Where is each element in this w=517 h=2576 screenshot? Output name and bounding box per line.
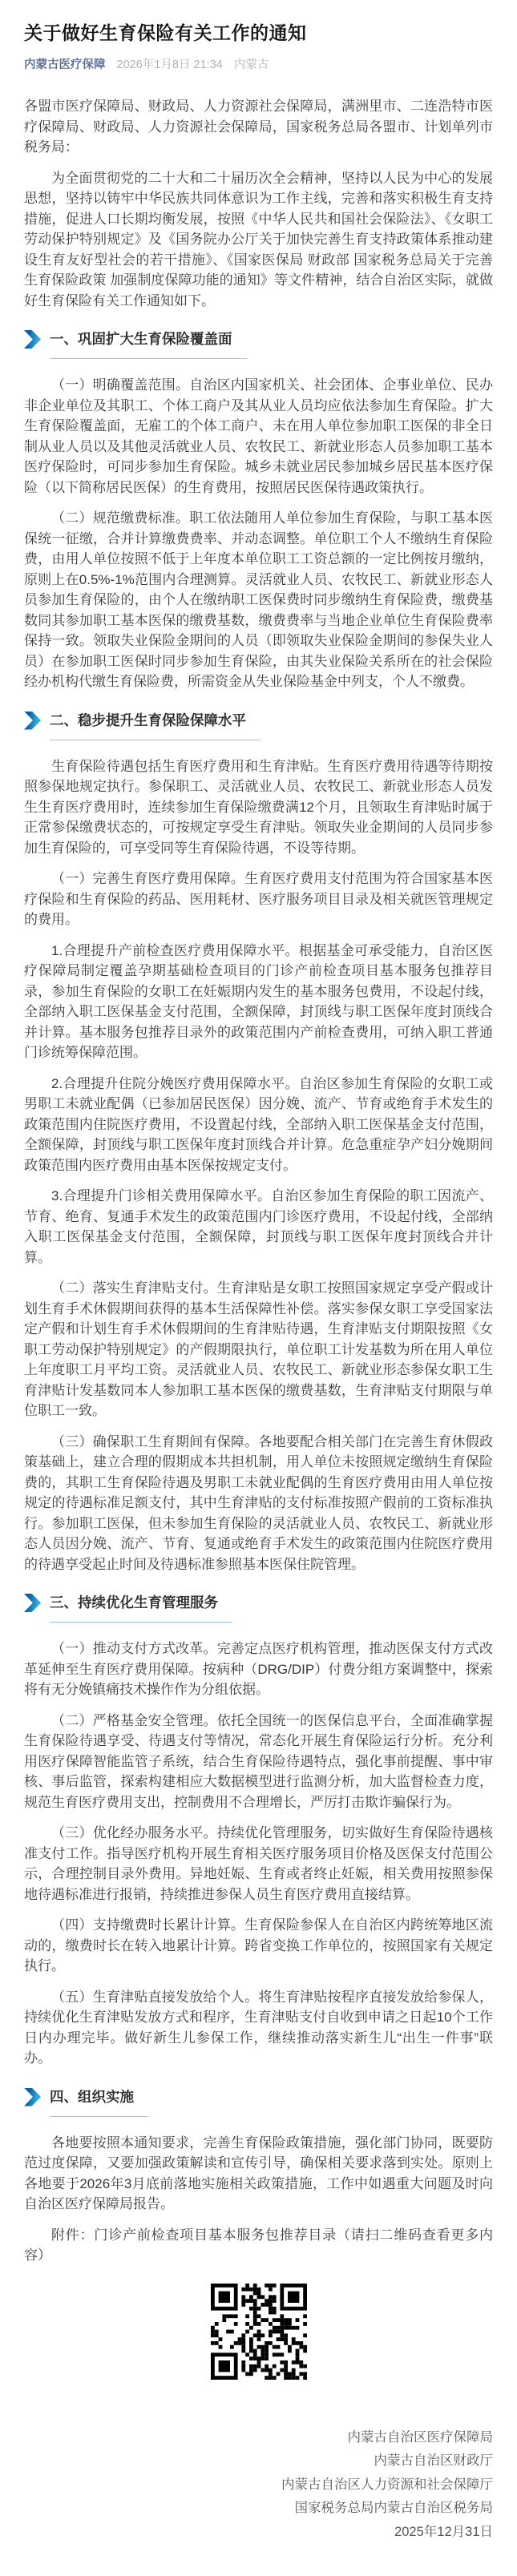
publish-location: 内蒙古 [234, 55, 269, 72]
paragraph: 生育保险待遇包括生育医疗费用和生育津贴。生育医疗费用待遇等待期按照参保地规定执行… [24, 756, 493, 859]
signature-line: 国家税务总局内蒙古自治区税务局 [24, 2497, 493, 2521]
article-body: 各盟市医疗保障局、财政局、人力资源社会保障局，满洲里市、二连浩特市医疗保障局、财… [24, 96, 493, 2544]
section-heading-2: 二、稳步提升生育保险保障水平 [24, 712, 493, 740]
paragraph: （二）规范缴费标准。职工依法随用人单位参加生育保险，与职工基本医保统一征缴，合并… [24, 508, 493, 692]
signature-line: 内蒙古自治区人力资源和社会保障厅 [24, 2473, 493, 2497]
article-page: 关于做好生育保险有关工作的通知 内蒙古医疗保障 2026年1月8日 21:34 … [0, 0, 517, 2576]
section-title: 二、稳步提升生育保险保障水平 [50, 712, 261, 740]
section-heading-1: 一、巩固扩大生育保险覆盖面 [24, 330, 493, 359]
signature-block: 内蒙古自治区医疗保障局 内蒙古自治区财政厅 内蒙古自治区人力资源和社会保障厅 国… [24, 2426, 493, 2545]
qr-code-container [24, 2284, 493, 2380]
paragraph: （一）明确覆盖范围。自治区内国家机关、社会团体、企事业单位、民办非企业单位及其职… [24, 375, 493, 498]
signature-line: 内蒙古自治区财政厅 [24, 2449, 493, 2473]
chevron-right-icon [24, 1594, 41, 1612]
byline: 内蒙古医疗保障 2026年1月8日 21:34 内蒙古 [24, 55, 493, 72]
paragraph: （四）支持缴费时长累计计算。生育保险参保人在自治区内跨统筹地区流动的，缴费时长在… [24, 1915, 493, 1977]
paragraph: （二）落实生育津贴支付。生育津贴是女职工按照国家规定享受产假或计划生育手术休假期… [24, 1278, 493, 1421]
publish-time: 2026年1月8日 21:34 [117, 55, 223, 72]
signature-date: 2025年12月31日 [24, 2521, 493, 2545]
paragraph: 3.合理提升门诊相关费用保障水平。自治区参加生育保险的职工因流产、节育、绝育、复… [24, 1186, 493, 1268]
paragraph: 各地要按照本通知要求，完善生育保险政策措施，强化部门协同，既要防范过度保障，又要… [24, 2133, 493, 2215]
section-heading-4: 四、组织实施 [24, 2088, 493, 2117]
paragraph: 1.合理提升产前检查医疗费用保障水平。根据基金可承受能力，自治区医疗保障局制定覆… [24, 941, 493, 1063]
chevron-right-icon [24, 712, 41, 730]
chevron-right-icon [24, 330, 41, 349]
qr-code[interactable] [211, 2284, 307, 2380]
section-heading-3: 三、持续优化生育管理服务 [24, 1594, 493, 1623]
paragraph: （二）严格基金安全管理。依托全国统一的医保信息平台，全面准确掌握生育保险待遇享受… [24, 1711, 493, 1813]
section-title: 一、巩固扩大生育保险覆盖面 [50, 330, 247, 359]
paragraph: （三）确保职工生育期间有保障。各地要配合相关部门在完善生育休假政策基础上，建立合… [24, 1432, 493, 1575]
paragraph: （五）生育津贴直接发放给个人。将生育津贴按程序直接发放给参保人，持续优化生育津贴… [24, 1987, 493, 2069]
signature-line: 内蒙古自治区医疗保障局 [24, 2426, 493, 2450]
page-title: 关于做好生育保险有关工作的通知 [24, 21, 493, 46]
chevron-right-icon [24, 2088, 41, 2106]
section-title: 四、组织实施 [50, 2088, 148, 2117]
account-name-link[interactable]: 内蒙古医疗保障 [24, 55, 106, 72]
paragraph: （三）优化经办服务水平。持续优化管理服务，切实做好生育保险待遇核准支付工作。指导… [24, 1823, 493, 1905]
paragraph: （一）推动支付方式改革。完善定点医疗机构管理，推动医保支付方式改革延伸至生育医疗… [24, 1639, 493, 1700]
attachment-line: 附件：门诊产前检查项目基本服务包推荐目录（请扫二维码查看更多内容） [24, 2225, 493, 2266]
salutation-paragraph: 各盟市医疗保障局、财政局、人力资源社会保障局，满洲里市、二连浩特市医疗保障局、财… [24, 96, 493, 158]
paragraph: （一）完善生育医疗费用保障。生育医疗费用支付范围为符合国家基本医疗保险和生育保险… [24, 869, 493, 930]
paragraph: 2.合理提升住院分娩医疗费用保障水平。自治区参加生育保险的女职工或男职工未就业配… [24, 1074, 493, 1176]
intro-paragraph: 为全面贯彻党的二十大和二十届历次全会精神，坚持以人民为中心的发展思想，坚持以铸牢… [24, 168, 493, 312]
section-title: 三、持续优化生育管理服务 [50, 1594, 232, 1623]
